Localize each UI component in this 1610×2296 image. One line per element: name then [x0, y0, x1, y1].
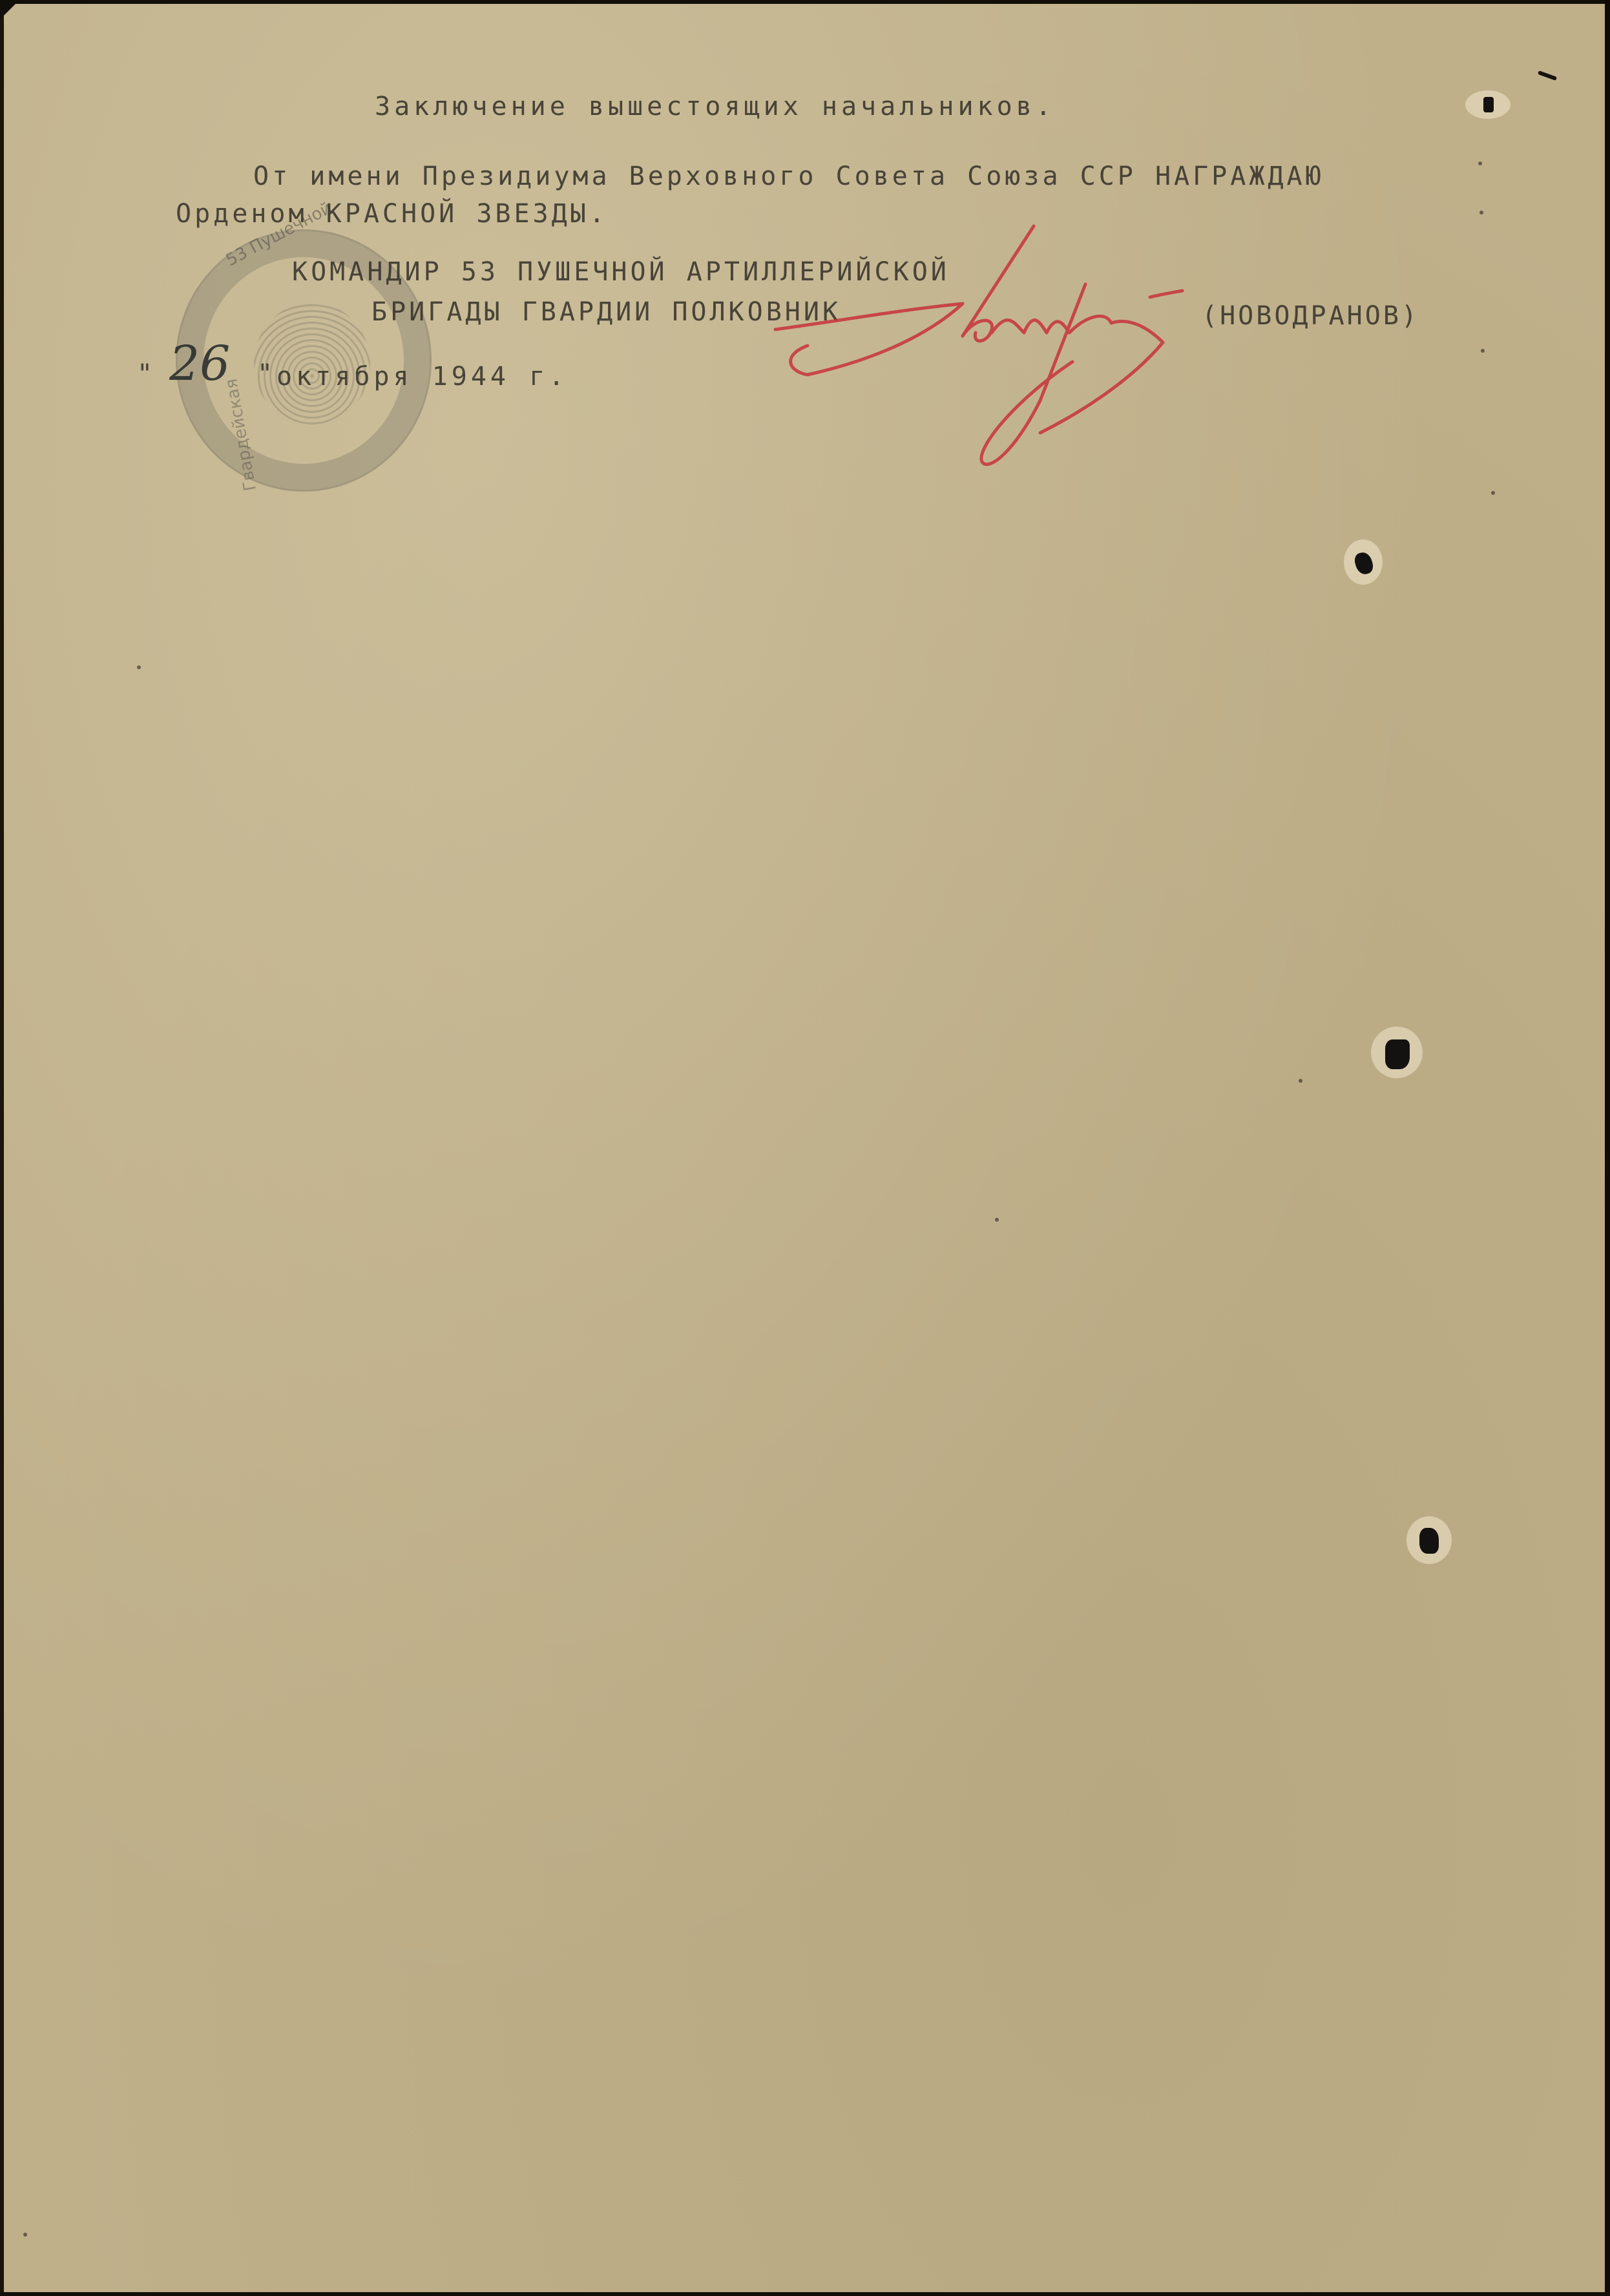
paper-speck [1299, 1079, 1302, 1083]
date-close-quote: " [257, 359, 275, 389]
scan-border-right [1605, 0, 1610, 2296]
date-day-handwritten: 26 [169, 336, 230, 391]
scan-border-bottom [0, 2292, 1610, 2296]
date-month-year: октября 1944 г. [277, 362, 568, 391]
page-corner [0, 0, 19, 19]
paper-speck [1481, 349, 1485, 353]
document-page: ⁠ ⁠ 53 Пушечной Гвардейская Заключение в… [0, 0, 1610, 2296]
paper-speck [995, 1218, 999, 1222]
paper-speck [1479, 211, 1483, 214]
bleed-through-text: ⁠ ⁠ [39, 1150, 1525, 1680]
paper-speck [1478, 162, 1482, 165]
scan-border-top [0, 0, 1610, 4]
award-line-1: От имени Президиума Верховного Совета Со… [253, 162, 1324, 191]
scan-border-left [0, 0, 4, 2296]
document-heading: Заключение вышестоящих начальников. [375, 92, 1055, 121]
award-line-2: Орденом КРАСНОЙ ЗВЕЗДЫ. [176, 199, 608, 229]
date-open-quote: " [137, 359, 155, 389]
paper-speck [1491, 491, 1495, 495]
stamp-side-text: Гвардейская [222, 377, 260, 493]
paper-speck [23, 2233, 27, 2237]
paper-speck [137, 665, 141, 669]
signature-icon [769, 207, 1260, 478]
